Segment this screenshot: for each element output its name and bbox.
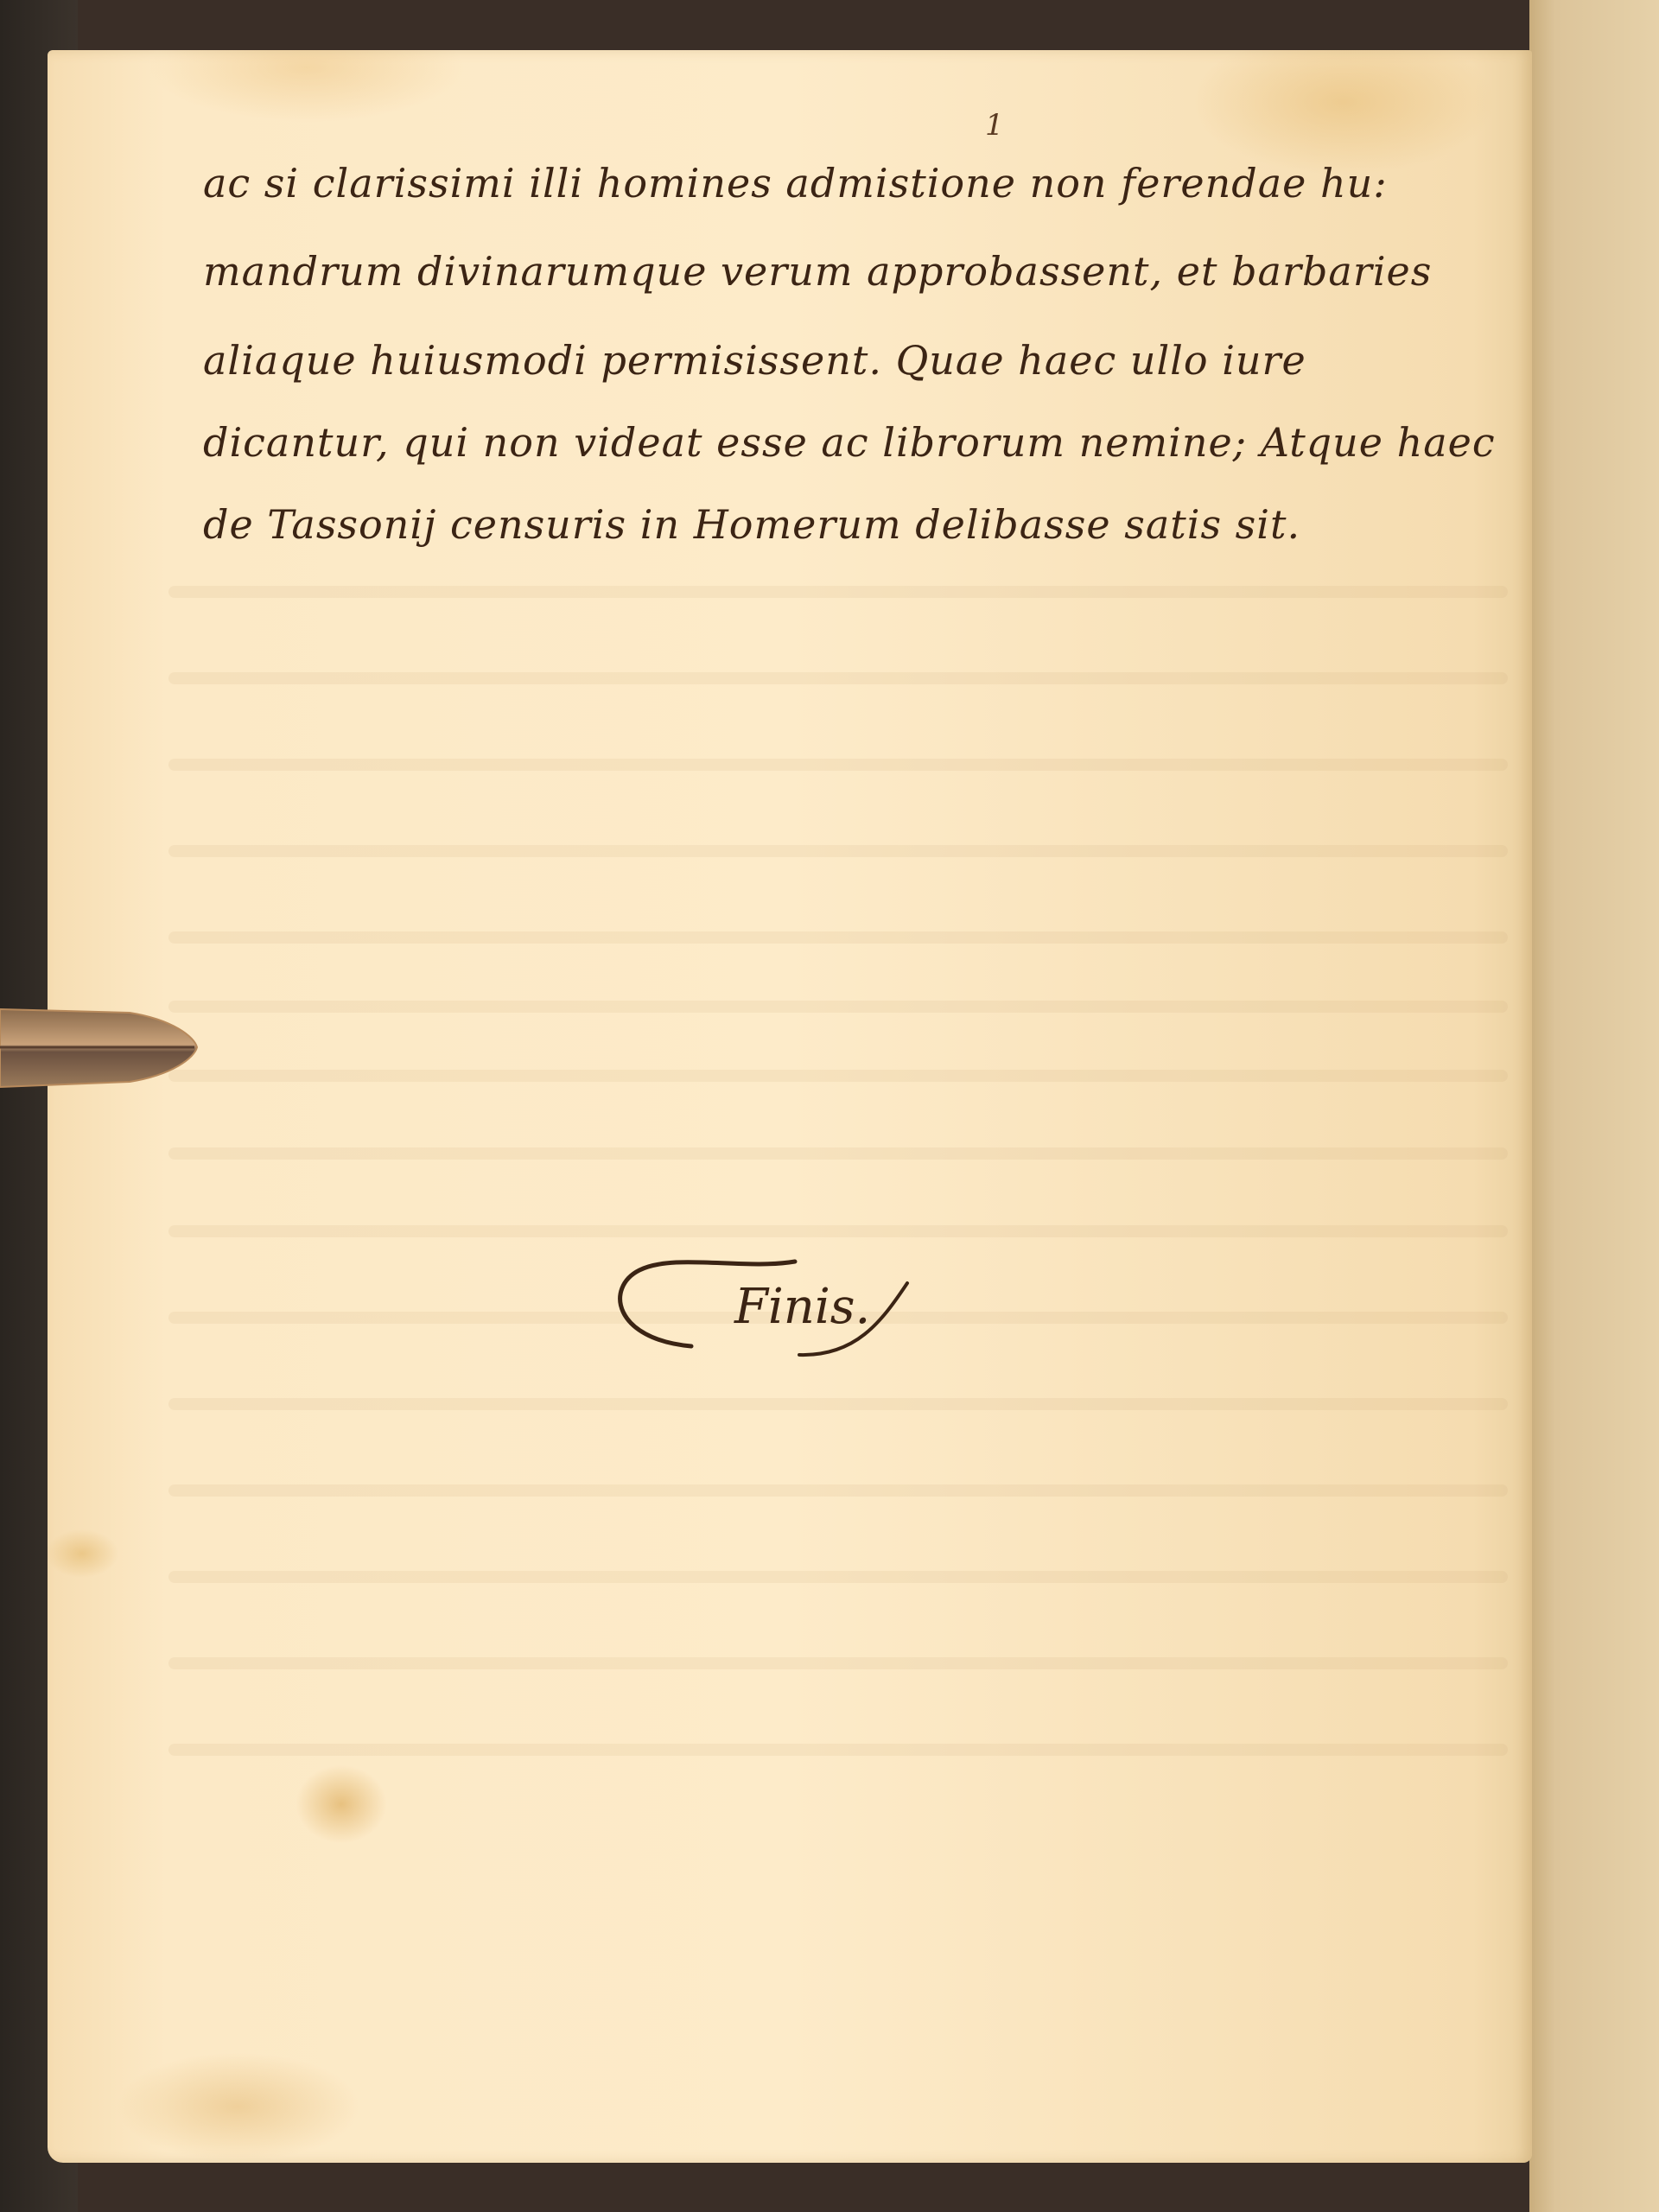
finis-text: Finis. [734, 1279, 870, 1335]
show-through [168, 672, 1508, 684]
text-line: ac si clarissimi illi homines admistione… [203, 160, 1388, 207]
show-through [168, 586, 1508, 598]
show-through [168, 1484, 1508, 1497]
text-line: aliaque huiusmodi permisissent. Quae hae… [203, 337, 1306, 384]
folio-mark: 1 [985, 108, 1004, 143]
show-through [168, 1147, 1508, 1160]
text-line: mandrum divinarumque verum approbassent,… [203, 248, 1432, 295]
text-line: dicantur, qui non videat esse ac libroru… [203, 419, 1496, 466]
show-through [168, 1744, 1508, 1756]
facing-page [1529, 0, 1659, 2212]
pointer-icon [0, 1002, 199, 1093]
show-through [168, 1657, 1508, 1669]
finis-mark: Finis. [596, 1244, 925, 1365]
show-through [168, 1398, 1508, 1410]
show-through [168, 759, 1508, 771]
text-line: de Tassonij censuris in Homerum delibass… [203, 501, 1300, 548]
show-through [168, 931, 1508, 944]
show-through [168, 845, 1508, 857]
show-through [168, 1070, 1508, 1082]
show-through [168, 1571, 1508, 1583]
show-through [168, 1001, 1508, 1013]
page-pointer [0, 1002, 199, 1093]
show-through [168, 1225, 1508, 1237]
